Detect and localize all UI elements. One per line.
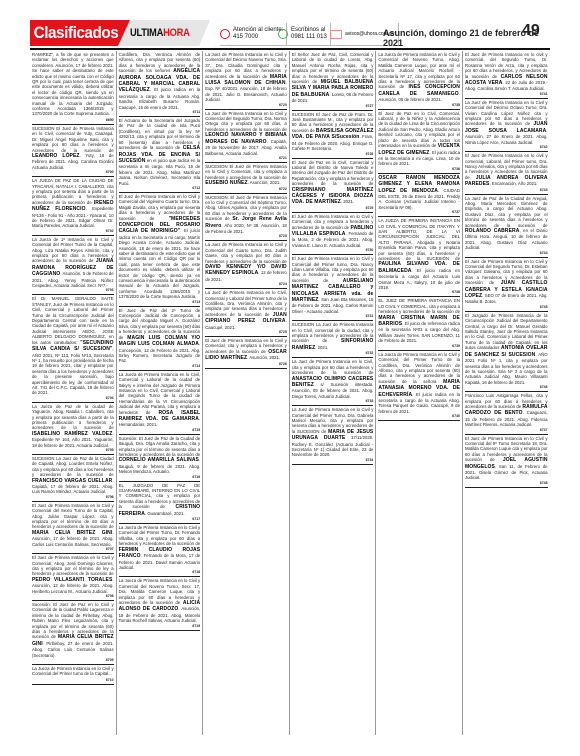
notice-code: 6741 <box>465 92 548 96</box>
notice-code: 6708 <box>32 594 114 598</box>
legal-notice: La Juez de Primera Instancia en lo Civil… <box>205 110 287 163</box>
notice-code: 6719 <box>119 624 201 628</box>
notice-text: . El juicio radica en la Secretaría a mi… <box>119 228 201 299</box>
notice-code: 6724 <box>205 282 287 286</box>
notice-code: 6721 <box>205 156 287 160</box>
notice-code: 6729 <box>292 206 374 210</box>
legal-notice: El Juzgado de Primera Instancia de la Ci… <box>465 312 548 392</box>
notice-code: 6709 <box>32 658 114 662</box>
notice-text: SUCESION El Juez de Primera Instancia en… <box>205 164 287 180</box>
column-1: RAMIREZ", a fin de que se presenten a re… <box>30 51 117 735</box>
notice-text: . 2021. <box>341 199 354 204</box>
notice-code: 6704 <box>32 396 114 400</box>
notice-text: SUCESION El Juez de Primera Instancia en… <box>32 126 114 153</box>
notice-text: El Juez de Paz en lo Civil, Comercial y … <box>292 160 374 187</box>
notice-code: 6742 <box>465 145 548 149</box>
notice-code: 6743 <box>465 188 548 192</box>
notice-text: SUCESION La Juez de Paz de la Ciudad de … <box>32 456 114 477</box>
notice-code: 6733 <box>292 399 374 403</box>
legal-notice: Sucesión: El Juez de Paz en lo Civil y C… <box>32 601 114 665</box>
notice-code: 6728 <box>292 152 374 156</box>
contact-value: 415 7000 <box>233 34 258 40</box>
notice-code: 6734 <box>292 458 374 462</box>
legal-notice: El Juez de Primera Instancia en lo Civil… <box>32 502 114 554</box>
legal-notice: La Juez de Primera Instancia en lo Civil… <box>205 289 287 337</box>
notice-text: Sucesión: El Juez de Paz de la Ciudad de… <box>119 436 201 457</box>
notice-code: 6745 <box>465 305 548 309</box>
notice-code: 6740 <box>378 414 460 418</box>
notice-text: La Jueza de Primera Instancia en lo Civi… <box>119 372 201 415</box>
legal-notice: EL JUEZ DE PRIMERA INSTANCIA EN LO CIVIL… <box>378 297 460 350</box>
page-header: Clasificados ULTIMAHORA Atención al clie… <box>30 20 550 48</box>
notice-code: 6746 <box>465 385 548 389</box>
notice-code: 6706 <box>32 495 114 499</box>
notice-code: 6711 <box>119 110 201 114</box>
notice-code: 6737 <box>378 210 460 214</box>
notice-text: La Jueza de Primera Instancia en lo Civi… <box>119 525 201 546</box>
legal-notice: La Jueza de Primera Instancia en lo Civi… <box>119 577 201 630</box>
notice-code: 6744 <box>465 251 548 255</box>
notice-code: 6730 <box>292 248 374 252</box>
legal-notice: La Jueza de Primera Instancia en lo Civi… <box>119 371 201 435</box>
notice-text: RAMIREZ", a fin de que se presenten a re… <box>32 52 114 116</box>
notice-text: . Asunción, 2021. <box>248 180 281 185</box>
legal-notice: El Juez de Paz del 2º Turno de Concepció… <box>119 307 201 371</box>
notice-code: 6712 <box>119 186 201 190</box>
legal-notice: SUCESION El Juez de Primera Instancia en… <box>32 125 114 177</box>
legal-notice: La Juez de Primera Instancia en lo Civil… <box>465 99 548 152</box>
notice-text: . 2021. <box>315 345 328 350</box>
notice-code: 6738 <box>378 290 460 294</box>
legal-notice: El Juez de Paz en lo Civil, Comercial, L… <box>378 110 460 174</box>
legal-notice: La Juez de Paz de la Ciudad de Areguá, A… <box>465 195 548 258</box>
legal-notice: El Juez de Paz en lo Civil, Comercial y … <box>292 159 374 213</box>
notice-decedent-name: CRISPINIANO MARTÍNEZ CÁCERES Y ISIDORA D… <box>292 187 374 206</box>
legal-notice: El Juez de Primera Instancia en lo Civil… <box>292 213 374 255</box>
column-4: El Señor Juez de Paz, Civil, Comercial y… <box>290 51 377 735</box>
legal-notice: La Jueza de Primera Instancia en lo Civi… <box>32 665 114 685</box>
notice-text: EL JUEZ DE PRIMERA INSTANCIA EN LO CIVIL… <box>378 298 460 314</box>
legal-notice: La Juez de Primera Instancia en lo Civil… <box>205 241 287 289</box>
notice-text: , AÑO 2021, Nº 113, Folio Nº13, Secretar… <box>32 346 114 395</box>
notice-text: La Jueza de Primera Instancia en lo Civi… <box>32 666 114 676</box>
notice-text: LA JUEZA DE PRIMERA INSTANCIA EN LO CIVI… <box>378 218 460 261</box>
contact-whatsapp: Escríbinos al0981 111 013 <box>278 23 331 46</box>
mail-icon <box>330 30 342 39</box>
notice-code: 6713 <box>119 300 201 304</box>
legal-notice: El Juez de Primera Instancia en lo Civil… <box>465 258 548 312</box>
legal-notice: Francisco Luis Astigarraga Fellos, cita … <box>465 392 548 434</box>
section-title-banner: Clasificados <box>30 20 130 46</box>
notice-code: 6705 <box>32 448 114 452</box>
notice-code: 6718 <box>119 570 201 574</box>
notice-decedent-name: MARIA CELIA BRITEZ GINI <box>32 530 112 536</box>
contact-value: 0981 111 013 <box>291 34 327 40</box>
legal-notice: OSCAR RAMON MENDOZA GIMENEZ Y ELENA RAMO… <box>378 174 460 217</box>
notice-text: La Juez de Paz de la Ciudad de Areguá, A… <box>465 196 548 228</box>
notice-code: 6727 <box>292 104 374 108</box>
notice-code: 6710 <box>32 678 114 682</box>
notice-code: 6747 <box>465 428 548 432</box>
legal-notice: El Juez de Primera Instancia en lo Civil… <box>465 435 548 488</box>
notice-decedent-name: EUSEBIO NUÑEZ <box>205 180 247 186</box>
legal-notice: EL JUZGADO DE PAZ DE GUARAMBARÉ, INTERIN… <box>119 482 201 524</box>
classifieds-columns: RAMIREZ", a fin de que se presenten a re… <box>30 51 550 735</box>
notice-decedent-name: ROLANDO CABRERA <box>465 228 520 234</box>
legal-notice: La Jueza de Primera Instancia en lo Civi… <box>378 351 460 421</box>
notice-code: 6731 <box>292 314 374 318</box>
legal-notice: El Juez de Primera Instancia en lo Civil… <box>119 193 201 307</box>
column-3: La Juez de Primera Instancia en lo Civil… <box>203 51 290 735</box>
legal-notice: La Jueza de 1ª Instancia en lo Civil y C… <box>32 236 114 296</box>
logo-part-ultima: ULTIMA <box>130 27 163 39</box>
notice-code: 6723 <box>205 234 287 238</box>
notice-code: 6722 <box>205 187 287 191</box>
notice-text: La Juez de Primera Instancia en lo Civil… <box>205 242 287 263</box>
notice-text: . Encarnación, Año 2021. <box>489 181 537 186</box>
notice-text: La Jueza de Paz de la ciudad de Yaguarón… <box>32 404 114 431</box>
notice-code: 6707 <box>32 547 114 551</box>
notice-code: 6714 <box>119 364 201 368</box>
legal-notice: La Juez de Primera Instancia en lo Civil… <box>292 406 374 465</box>
legal-notice: LA JUEZA DE PAZ DE LA CIUDAD DE YPACARAÍ… <box>32 177 114 236</box>
notice-decedent-name: ISABELINO RAMÍREZ VALDEZ <box>32 431 112 437</box>
legal-notice: Sucesión: El Juez de Paz de la Ciudad de… <box>119 435 201 482</box>
legal-notice: SUCESION El Juez de Paz de Fram, Dr. Jos… <box>292 111 374 159</box>
legal-notice: El Juez de Primera Instancia en lo civil… <box>465 152 548 194</box>
notice-text: . Piribebuy, 27 de enero de 2021. Abog. … <box>32 641 114 658</box>
legal-notice: SUCESION: El Juez de Primera Instancia e… <box>205 194 287 242</box>
notice-text: El Dr. MANUEL GERALDO SAITE STANLEY, Jue… <box>32 296 114 344</box>
notice-code: 6748 <box>465 481 548 485</box>
phone-icon <box>220 29 230 39</box>
column-2: Cordillera, Dra. Verónica Almirón de Alf… <box>117 51 204 735</box>
legal-notice: El Señor Juez de Paz, Civil, Comercial y… <box>292 51 374 111</box>
legal-notice: SUCESION La Juez de Primera Instancia en… <box>292 321 374 358</box>
notice-code: 6690 <box>32 118 114 122</box>
notice-decedent-name: LEANDRO LÓPEZ <box>32 153 80 159</box>
notice-code: 6732 <box>292 351 374 355</box>
legal-notice: El Juez de Primera Instancia en lo Civil… <box>205 337 287 369</box>
notice-code: 6703 <box>32 288 114 292</box>
section-title: Clasificados <box>30 20 120 46</box>
column-5: La Jueza de Primera Instancia en lo Civi… <box>376 51 463 735</box>
logo-part-hora: HORA <box>163 27 190 39</box>
notice-text: La Juez de Primera Instancia en lo Civil… <box>292 359 374 375</box>
notice-code: 6726 <box>205 362 287 366</box>
contact-label: Atención al cliente: <box>233 27 283 33</box>
notice-code: 6715 <box>119 428 201 432</box>
notice-code: 6702 <box>32 229 114 233</box>
newspaper-logo: ULTIMAHORA <box>130 27 190 39</box>
column-6: El Juez de Primera Instancia en lo civil… <box>463 51 550 735</box>
legal-notice: La Jueza de Primera Instancia en lo Civi… <box>378 51 460 110</box>
notice-decedent-name: FRANCISCO VARGAS CUELLAR <box>32 478 112 484</box>
legal-notice: El Dr. MANUEL GERALDO SAITE STANLEY, Jue… <box>32 295 114 402</box>
notice-code: 6700 <box>32 170 114 174</box>
notice-decedent-name: MAGIN LUIS COLMAN Y/O MAGIN LUIS COLMAN … <box>119 335 201 347</box>
notice-text: El Juez de Primera Instancia en lo Civil… <box>32 503 114 530</box>
legal-notice: La Juez de Primera Instancia en lo Civil… <box>205 51 287 110</box>
legal-notice: SUCESION La Juez de Paz de la Ciudad de … <box>32 455 114 502</box>
notice-text: . Guarambaré, 2021. <box>145 511 185 516</box>
legal-notice: El Actuario de la Secretaría del Juzgado… <box>119 117 201 193</box>
legal-notice: LA JUEZA DE PRIMERA INSTANCIA EN LO CIVI… <box>378 217 460 297</box>
notice-code: 6725 <box>205 330 287 334</box>
legal-notice: RAMIREZ", a fin de que se presenten a re… <box>32 51 114 125</box>
legal-notice: SUCESION El Juez de Primera Instancia en… <box>205 163 287 194</box>
notice-code: 6717 <box>119 517 201 521</box>
notice-text: La Juez de Primera Instancia en lo Civil… <box>205 111 287 132</box>
legal-notice: El Juez de Primera Instancia en lo Civil… <box>292 255 374 321</box>
header-rule <box>30 48 550 50</box>
page-number: 49 <box>522 22 540 40</box>
notice-decedent-name: PEDRO VILLASANTI TORALES <box>32 577 112 583</box>
legal-notice: Cordillera, Dra. Verónica Almirón de Alf… <box>119 51 201 117</box>
legal-notice: La Jueza de Primera Instancia en lo Civi… <box>119 524 201 577</box>
legal-notice: La Jueza de Paz de la ciudad de Yaguarón… <box>32 403 114 455</box>
notice-text: El Juez de Primera Instancia en lo Civil… <box>32 555 114 576</box>
legal-notice: El Juez de Primera Instancia en lo civil… <box>465 51 548 99</box>
notice-code: 6720 <box>205 103 287 107</box>
notice-decedent-name: CORNELIO AMARILLA SALINAS <box>119 457 199 463</box>
notice-code: 6735 <box>378 103 460 107</box>
contact-label: Escríbinos al <box>291 27 325 33</box>
legal-notice: La Juez de Primera Instancia en lo Civil… <box>292 358 374 406</box>
legal-notice: El Juez de Primera Instancia en lo Civil… <box>32 554 114 601</box>
notice-code: 6739 <box>378 344 460 348</box>
notice-code: 6736 <box>378 167 460 171</box>
whatsapp-icon <box>278 29 288 39</box>
notice-text: . Asunción, 2021. <box>247 355 280 360</box>
notice-code: 6716 <box>119 475 201 479</box>
